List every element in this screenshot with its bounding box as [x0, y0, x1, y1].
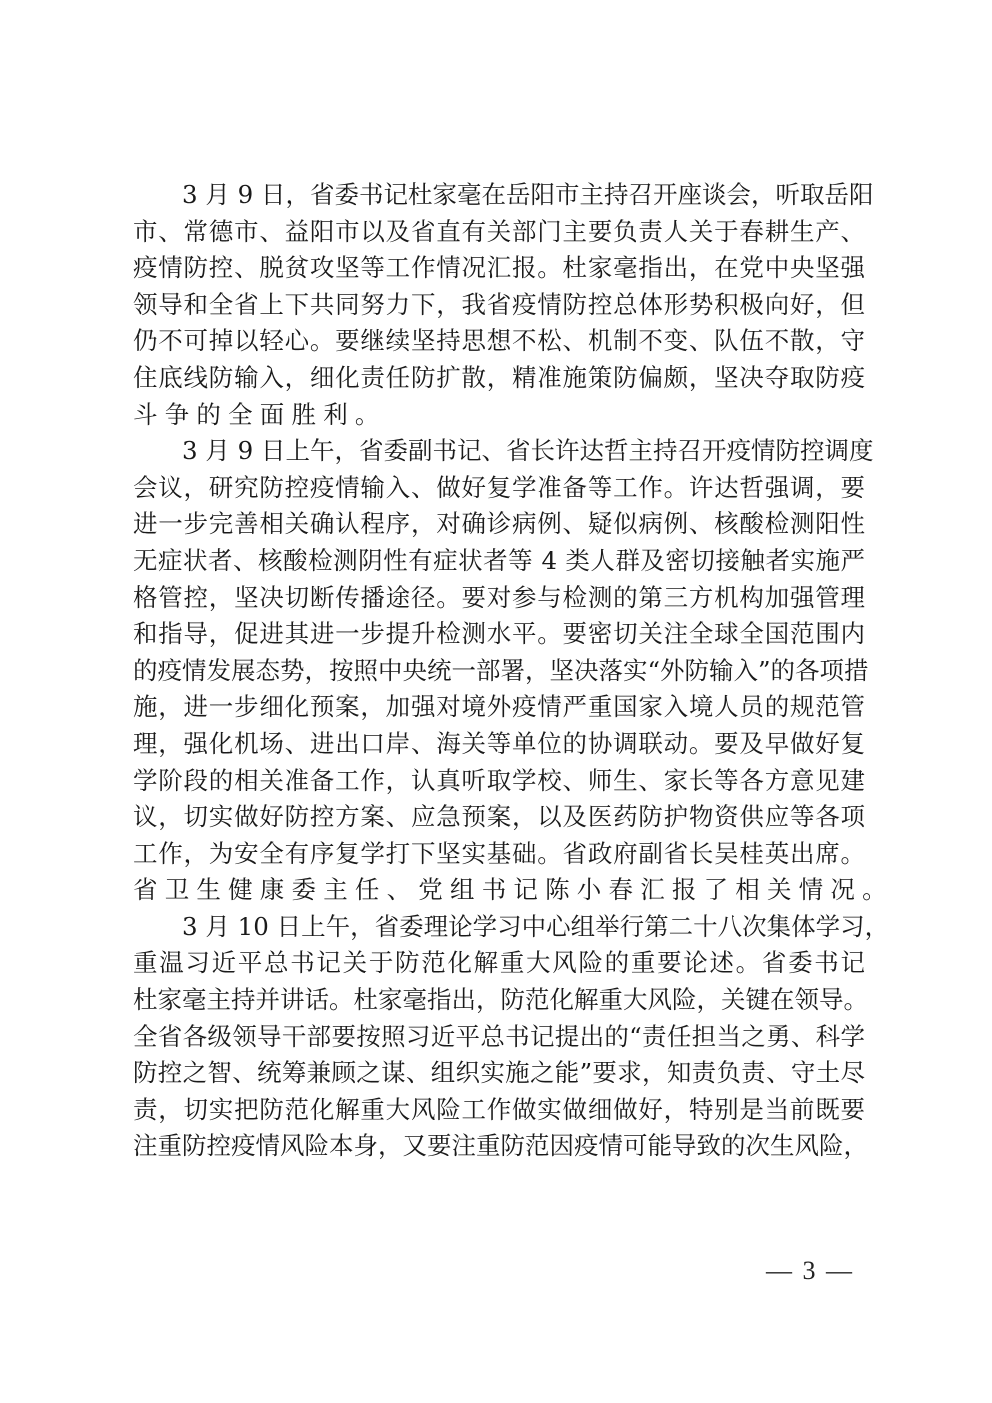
text-line: 和指导，促进其进一步提升检测水平。要密切关注全球全国范围内 [133, 616, 865, 653]
text-line: 省卫生健康委主任、党组书记陈小春汇报了相关情况。 [133, 872, 865, 909]
text-line: 住底线防输入，细化责任防扩散，精准施策防偏颇，坚决夺取防疫 [133, 360, 865, 397]
text-line: 进一步完善相关确认程序，对确诊病例、疑似病例、核酸检测阳性 [133, 506, 865, 543]
text-line: 3 月 9 日上午，省委副书记、省长许达哲主持召开疫情防控调度 [133, 433, 865, 470]
text-line: 施，进一步细化预案，加强对境外疫情严重国家入境人员的规范管 [133, 689, 865, 726]
text-line: 无症状者、核酸检测阴性有症状者等 4 类人群及密切接触者实施严 [133, 543, 865, 580]
text-line: 疫情防控、脱贫攻坚等工作情况汇报。杜家毫指出，在党中央坚强 [133, 250, 865, 287]
text-line: 防控之智、统筹兼顾之谋、组织实施之能”要求，知责负责、守土尽 [133, 1055, 865, 1092]
paragraph-2: 3 月 9 日上午，省委副书记、省长许达哲主持召开疫情防控调度 会议，研究防控疫… [133, 433, 865, 909]
text-line: 学阶段的相关准备工作，认真听取学校、师生、家长等各方意见建 [133, 763, 865, 800]
text-line: 议，切实做好防控方案、应急预案，以及医药防护物资供应等各项 [133, 799, 865, 836]
text-line: 斗争的全面胜利。 [133, 397, 865, 434]
text-line: 会议，研究防控疫情输入、做好复学准备等工作。许达哲强调，要 [133, 470, 865, 507]
text-line: 的疫情发展态势，按照中央统一部署，坚决落实“外防输入”的各项措 [133, 653, 865, 690]
text-line: 仍不可掉以轻心。要继续坚持思想不松、机制不变、队伍不散，守 [133, 323, 865, 360]
text-line: 重温习近平总书记关于防范化解重大风险的重要论述。省委书记 [133, 945, 865, 982]
text-line: 全省各级领导干部要按照习近平总书记提出的“责任担当之勇、科学 [133, 1019, 865, 1056]
text-line: 3 月 10 日上午，省委理论学习中心组举行第二十八次集体学习， [133, 909, 865, 946]
text-line: 注重防控疫情风险本身，又要注重防范因疫情可能导致的次生风险， [133, 1128, 865, 1165]
paragraph-1: 3 月 9 日，省委书记杜家毫在岳阳市主持召开座谈会，听取岳阳 市、常德市、益阳… [133, 177, 865, 433]
text-line: 理，强化机场、进出口岸、海关等单位的协调联动。要及早做好复 [133, 726, 865, 763]
text-line: 3 月 9 日，省委书记杜家毫在岳阳市主持召开座谈会，听取岳阳 [133, 177, 865, 214]
page-number: — 3 — [760, 1254, 860, 1288]
document-page: 3 月 9 日，省委书记杜家毫在岳阳市主持召开座谈会，听取岳阳 市、常德市、益阳… [0, 0, 992, 1403]
text-line: 格管控，坚决切断传播途径。要对参与检测的第三方机构加强管理 [133, 580, 865, 617]
document-body: 3 月 9 日，省委书记杜家毫在岳阳市主持召开座谈会，听取岳阳 市、常德市、益阳… [133, 177, 865, 1165]
text-line: 责，切实把防范化解重大风险工作做实做细做好，特别是当前既要 [133, 1092, 865, 1129]
text-line: 领导和全省上下共同努力下，我省疫情防控总体形势积极向好，但 [133, 287, 865, 324]
text-line: 杜家毫主持并讲话。杜家毫指出，防范化解重大风险，关键在领导。 [133, 982, 865, 1019]
paragraph-3: 3 月 10 日上午，省委理论学习中心组举行第二十八次集体学习， 重温习近平总书… [133, 909, 865, 1165]
text-line: 市、常德市、益阳市以及省直有关部门主要负责人关于春耕生产、 [133, 214, 865, 251]
text-line: 工作，为安全有序复学打下坚实基础。省政府副省长吴桂英出席。 [133, 836, 865, 873]
